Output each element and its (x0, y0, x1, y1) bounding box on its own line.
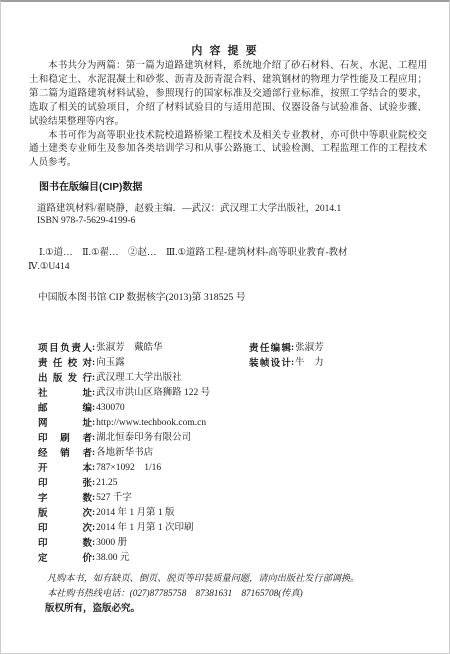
pub-info-row-wordcount: 字数:527 千字 (38, 491, 430, 506)
cip-classification-line-2: Ⅳ.①U414 (28, 261, 70, 272)
pub-info-value: 张淑芳 戴皓华 (95, 343, 163, 353)
pub-info-label: 字数 (38, 491, 92, 506)
pub-info-value: 武汉市洪山区珞狮路 122 号 (95, 388, 210, 398)
cip-record-number: 中国版本图书馆 CIP 数据核字(2013)第 318525 号 (38, 289, 246, 303)
pub-info-value: 787×1092 1/16 (95, 463, 161, 473)
pub-info-label: 印张 (38, 476, 92, 491)
pub-info-value: 2014 年 1 月第 1 版 (95, 508, 174, 518)
content-summary: 本书共分为两篇：第一篇为道路建筑材料，系统地介绍了砂石材料、石灰、水泥、工程用土… (29, 60, 427, 171)
isbn-line: ISBN 978-7-5629-4199-6 (37, 216, 135, 226)
pub-info-label: 出版发行 (38, 371, 92, 386)
cip-classification-line-1: Ⅰ.①道… Ⅱ.①翟… ②赵… Ⅲ.①道路工程-建筑材料-高等职业教育-教材 (39, 244, 348, 258)
pub-info-row-website: 网址:http://www.techbook.com.cn (38, 416, 430, 431)
pub-info-label: 责任校对 (38, 356, 92, 371)
pub-info-label: 项目负责人 (38, 341, 92, 356)
pub-info-value: 21.25 (95, 478, 117, 488)
pub-info-label: 邮编 (38, 401, 92, 416)
pub-info-second-column: 责任编辑:张淑芳 (249, 341, 324, 356)
pub-info-row-distributor: 经销者:各地新华书店 (38, 446, 430, 461)
pub-info-value: 3000 册 (95, 538, 127, 548)
pub-info-row-publisher: 出版发行:武汉理工大学出版社 (38, 371, 430, 386)
pub-info-value: 2014 年 1 月第 1 次印刷 (95, 523, 193, 533)
pub-info-value: 各地新华书店 (95, 448, 153, 458)
content-summary-title: 内 容 提 要 (1, 42, 449, 58)
hotline-note: 本社购书热线电话：(027)87785758 87381631 87165708… (47, 586, 427, 601)
bottom-notes: 凡购本书，如有缺页、倒页、脱页等印装质量问题，请向出版社发行部调换。 本社购书热… (47, 571, 427, 617)
quality-exchange-note: 凡购本书，如有缺页、倒页、脱页等印装质量问题，请向出版社发行部调换。 (47, 571, 427, 586)
pub-info-label: 网址 (38, 416, 92, 431)
pub-info-label: 印次 (38, 521, 92, 536)
pub-info-second-column: 装帧设计:牛 力 (249, 356, 324, 371)
pub-info-label: 经销者 (38, 446, 92, 461)
pub-info-row-sheets: 印张:21.25 (38, 476, 430, 491)
pub-info-value: 湖北恒泰印务有限公司 (95, 433, 191, 443)
pub-info-label: 开本 (38, 461, 92, 476)
copyright-notice: 版权所有，盗版必究。 (45, 601, 427, 616)
summary-paragraph-1: 本书共分为两篇：第一篇为道路建筑材料，系统地介绍了砂石材料、石灰、水泥、工程用土… (29, 60, 427, 130)
cip-title-line: 道路建筑材料/翟晓静，赵毅主编．—武汉：武汉理工大学出版社，2014.1 (37, 200, 341, 214)
pub-info-row-price: 定价:38.00 元 (38, 551, 430, 566)
summary-paragraph-2: 本书可作为高等职业技术院校道路桥梁工程技术及相关专业教材，亦可供中等职业院校交通… (29, 130, 427, 172)
pub-info-label: 社址 (38, 386, 92, 401)
pub-info-label: 定价 (38, 551, 92, 566)
pub-info-row-edition: 版次:2014 年 1 月第 1 版 (38, 506, 430, 521)
pub-info-value: http://www.techbook.com.cn (95, 418, 206, 428)
pub-info-label: 印数 (38, 536, 92, 551)
pub-info-value: 向玉露 (95, 358, 125, 368)
pub-info-label: 版次 (38, 506, 92, 521)
pub-info-value: 38.00 元 (95, 553, 129, 563)
pub-info-row-project-lead: 项目负责人:张淑芳 戴皓华责任编辑:张淑芳 (38, 341, 430, 356)
pub-info-row-proofreader: 责任校对:向玉露装帧设计:牛 力 (38, 356, 430, 371)
pub-info-row-printer: 印刷者:湖北恒泰印务有限公司 (38, 431, 430, 446)
pub-info-value: 武汉理工大学出版社 (95, 373, 182, 383)
pub-info-row-printrun: 印数:3000 册 (38, 536, 430, 551)
pub-info-label: 装帧设计 (249, 356, 291, 371)
pub-info-row-postcode: 邮编:430070 (38, 401, 430, 416)
pub-info-value: 430070 (95, 403, 125, 413)
pub-info-label: 责任编辑 (249, 341, 291, 356)
pub-info-value: 527 千字 (95, 493, 132, 503)
pub-info-row-address: 社址:武汉市洪山区珞狮路 122 号 (38, 386, 430, 401)
book-copyright-page: 内 容 提 要 本书共分为两篇：第一篇为道路建筑材料，系统地介绍了砂石材料、石灰… (0, 0, 450, 654)
pub-info-row-impression: 印次:2014 年 1 月第 1 次印刷 (38, 521, 430, 536)
pub-info-value: 张淑芳 (294, 343, 324, 353)
pub-info-value: 牛 力 (294, 358, 324, 368)
pub-info-label: 印刷者 (38, 431, 92, 446)
publication-info-block: 项目负责人:张淑芳 戴皓华责任编辑:张淑芳 责任校对:向玉露装帧设计:牛 力 出… (38, 341, 430, 566)
pub-info-row-format: 开本:787×1092 1/16 (38, 461, 430, 476)
cip-header: 图书在版编目(CIP)数据 (39, 178, 142, 193)
